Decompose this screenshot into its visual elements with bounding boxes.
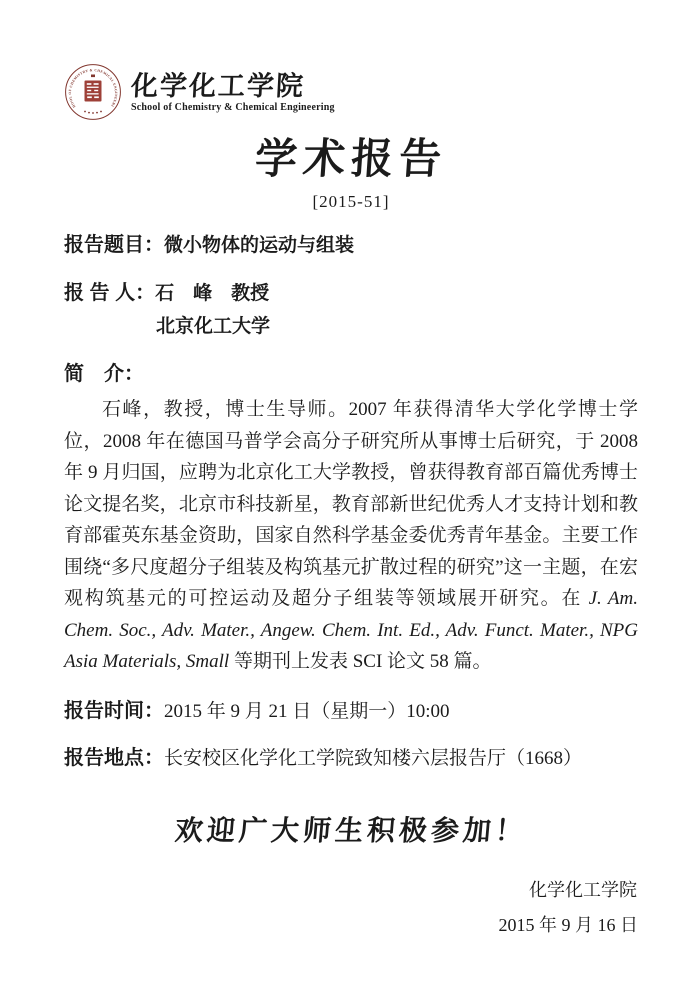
school-logo: SCHOOL OF CHEMISTRY & CHEMICAL ENGINEERI… [64,62,638,122]
report-title-label: 报告题目： [64,234,164,256]
report-title-row: 报告题目：微小物体的运动与组装 [64,233,638,258]
speaker-label: 报 告 人： [64,282,155,304]
report-title-value: 微小物体的运动与组装 [164,235,354,256]
lecture-announcement-document: SCHOOL OF CHEMISTRY & CHEMICAL ENGINEERI… [0,0,700,989]
report-venue-value: 长安校区化学化工学院致知楼六层报告厅（1668） [164,748,582,769]
speaker-bio-paragraph: 石峰，教授，博士生导师。2007 年获得清华大学化学博士学位，2008 年在德国… [64,394,638,678]
seal-bottom-dots [84,111,102,114]
report-venue-label: 报告地点： [64,747,164,769]
page-title: 学术报告 [62,136,639,184]
report-venue-row: 报告地点：长安校区化学化工学院致知楼六层报告厅（1668） [64,746,638,771]
report-time-label: 报告时间： [64,700,164,722]
bio-text-lead: 石峰，教授，博士生导师。2007 年获得清华大学化学博士学位，2008 年在德国… [64,399,638,609]
document-content: SCHOOL OF CHEMISTRY & CHEMICAL ENGINEERI… [0,0,700,936]
speaker-row: 报 告 人：石 峰 教授 [64,281,638,306]
speaker-affiliation: 北京化工大学 [156,315,638,339]
school-name-english: School of Chemistry & Chemical Engineeri… [131,102,335,114]
issue-number: [2015-51] [64,192,638,212]
intro-label: 简 介： [64,362,638,386]
signature-date: 2015 年 9 月 16 日 [64,914,638,936]
speaker-name: 石 峰 教授 [155,283,269,304]
school-seal-icon: SCHOOL OF CHEMISTRY & CHEMICAL ENGINEERI… [64,63,122,121]
school-logotype: 化学化工学院 School of Chemistry & Chemical En… [131,71,335,114]
school-name-chinese: 化学化工学院 [130,71,335,101]
welcome-message: 欢迎广大师生积极参加！ [63,815,640,849]
signature-organization: 化学化工学院 [64,879,638,901]
bio-text-tail: 等期刊上发表 SCI 论文 58 篇。 [229,651,491,672]
report-time-row: 报告时间：2015 年 9 月 21 日（星期一）10:00 [64,699,638,724]
seal-top-mark [91,75,95,78]
report-time-value: 2015 年 9 月 21 日（星期一）10:00 [164,701,450,722]
